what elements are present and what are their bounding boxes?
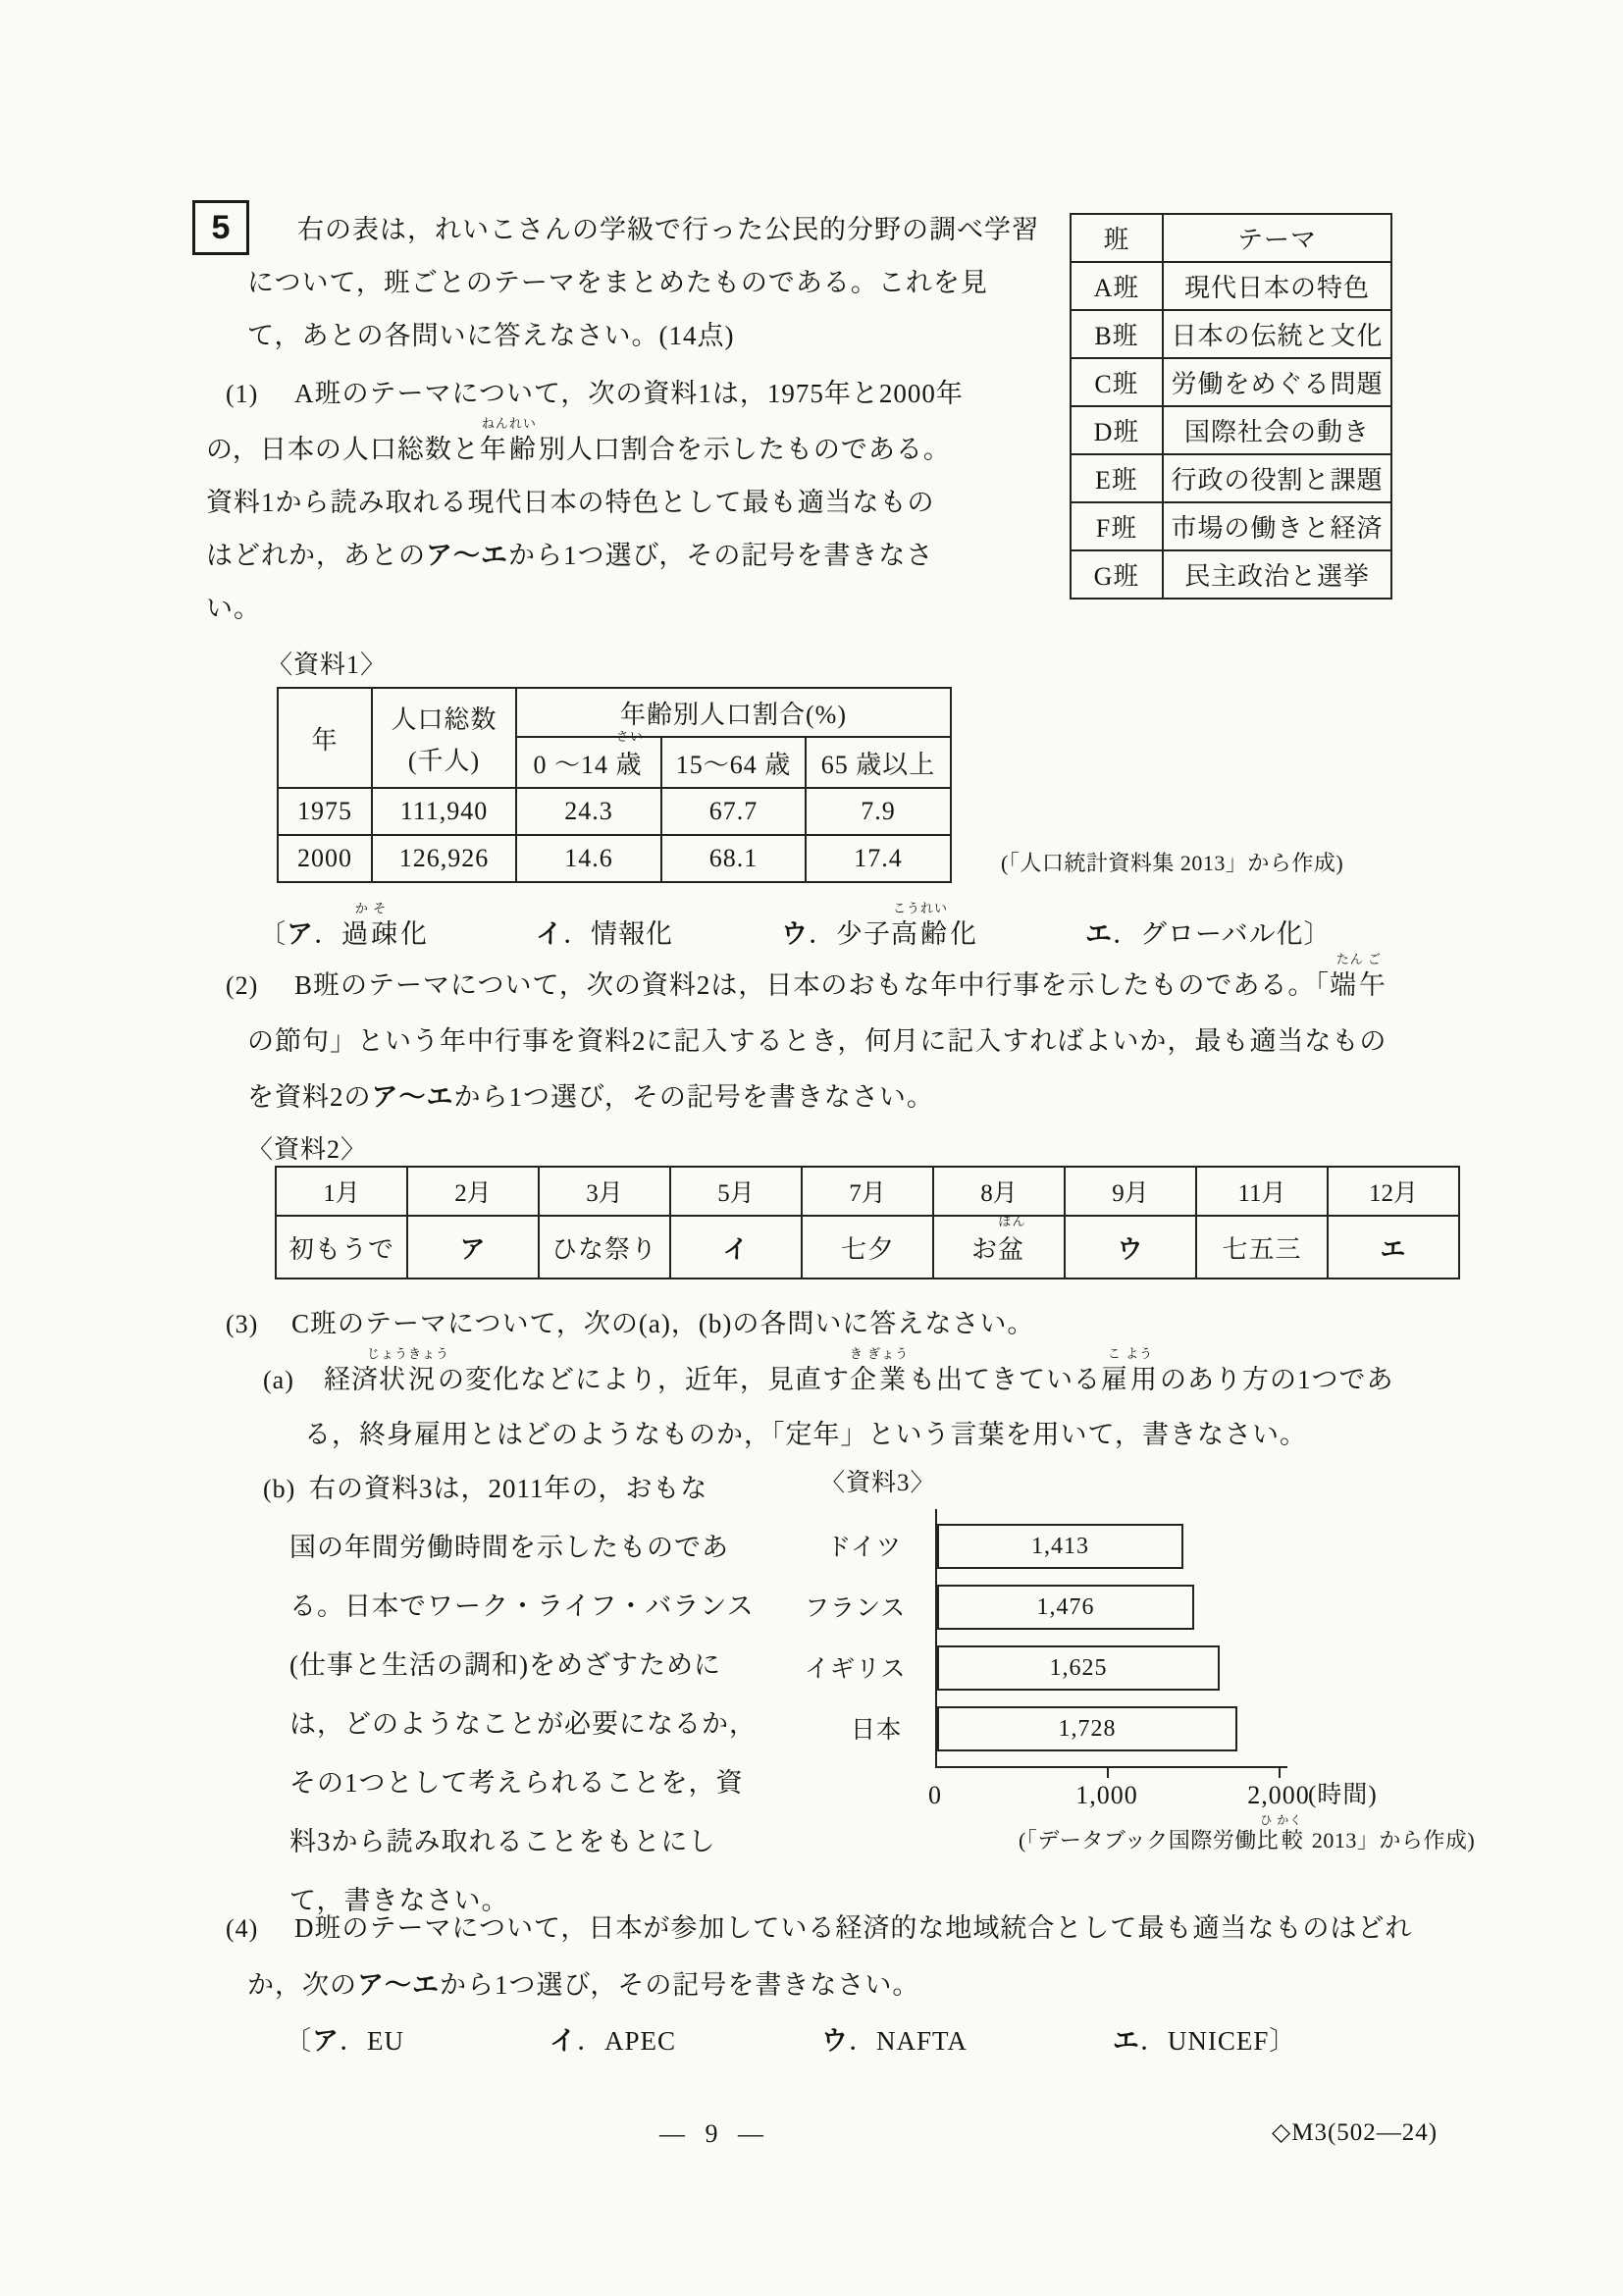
s1-col-total: 人口総数(千人) — [372, 688, 516, 788]
q1-line: い。 — [206, 591, 261, 626]
s2-event-cell: ひな祭り — [539, 1216, 670, 1278]
table-row: 1975111,94024.367.77.9 — [278, 788, 951, 835]
chart-tick-label: 2,000 — [1247, 1781, 1310, 1810]
table-cell: 24.3 — [516, 788, 661, 835]
ruby-text: 歳さい — [616, 745, 645, 781]
ruby-text: 比較ひ かく — [1257, 1827, 1306, 1854]
table-row: G班民主政治と選挙 — [1071, 550, 1391, 599]
ruby-text: 盆ぼん — [998, 1229, 1026, 1266]
chart-tick-label: 0 — [928, 1781, 942, 1810]
ruby-text: 年齢ねんれい — [480, 432, 539, 467]
page-number: — 9 — — [648, 2119, 775, 2149]
table-cell: 14.6 — [516, 835, 661, 882]
table-cell: C班 — [1071, 358, 1163, 406]
q3-marker: (3) — [226, 1307, 258, 1342]
intro-line: について，班ごとのテーマをまとめたものである。これを見 — [247, 265, 988, 300]
s2-month-cell: 9月 — [1065, 1167, 1196, 1216]
q3a-line: 経済状況じょうきょうの変化などにより，近年，見直す企業き ぎょうも出てきている雇… — [324, 1362, 1394, 1397]
table-cell: 日本の伝統と文化 — [1163, 310, 1391, 358]
shiryou2-table: 1月2月3月5月7月8月9月11月12月初もうでアひな祭りイ七夕お盆ぼんウ七五三… — [275, 1166, 1460, 1279]
s1-sub-col: 0 〜14 歳さい — [516, 737, 661, 788]
s2-month-cell: 3月 — [539, 1167, 670, 1216]
table-cell: 7.9 — [806, 788, 951, 835]
s2-event-cell: イ — [670, 1216, 802, 1278]
q1-line: はどれか，あとのア〜エから1つ選び，その記号を書きなさ — [206, 538, 933, 573]
s2-month-cell: 12月 — [1328, 1167, 1459, 1216]
table-cell: G班 — [1071, 550, 1163, 599]
q1-line: の，日本の人口総数と年齢ねんれい別人口割合を示したものである。 — [206, 432, 951, 467]
table-cell: 126,926 — [372, 835, 516, 882]
ruby-text: 過疎か そ — [341, 916, 400, 952]
intro-line: て，あとの各問いに答えなさい。(14点) — [247, 318, 734, 353]
option-item: イ．APEC — [550, 2023, 676, 2059]
shiryou1-table: 年人口総数(千人)年齢別人口割合(%)0 〜14 歳さい15〜64 歳65 歳以… — [277, 687, 952, 883]
q3b-line: その1つとして考えられることを，資 — [289, 1765, 744, 1800]
table-cell: 行政の役割と課題 — [1163, 454, 1391, 502]
chart-axis-y — [935, 1509, 937, 1768]
ruby-text: 端午たん ご — [1330, 967, 1388, 1003]
chart-category-label: 日本 — [805, 1708, 902, 1753]
ruby-text: 状況じょうきょう — [379, 1362, 438, 1397]
chart-bar: 1,728 — [937, 1706, 1237, 1751]
s2-event-cell: ア — [407, 1216, 539, 1278]
chart-tick — [1107, 1766, 1109, 1778]
s1-col-age-group: 年齢別人口割合(%) — [516, 688, 951, 737]
chart-category-label: フランス — [805, 1587, 902, 1632]
exam-page: 5 右の表は，れいこさんの学級で行った公民的分野の調べ学習 について，班ごとのテ… — [0, 0, 1623, 2296]
q3b-line: 右の資料3は，2011年の，おもな — [309, 1471, 707, 1506]
chart-bar: 1,413 — [937, 1524, 1183, 1569]
table-row: E班行政の役割と課題 — [1071, 454, 1391, 502]
table-cell: 2000 — [278, 835, 372, 882]
q3b-line: (仕事と生活の調和)をめざすために — [289, 1647, 721, 1683]
option-item: ウ．NAFTA — [821, 2023, 968, 2059]
option-item: エ．UNICEF〕 — [1113, 2023, 1297, 2059]
chart-tick-label: 1,000 — [1075, 1781, 1138, 1810]
table-cell: 111,940 — [372, 788, 516, 835]
table-cell: 68.1 — [661, 835, 806, 882]
q4-marker: (4) — [226, 1911, 258, 1947]
table-row: B班日本の伝統と文化 — [1071, 310, 1391, 358]
q1-line: 資料1から読み取れる現代日本の特色として最も適当なもの — [206, 485, 935, 520]
option-item: 〔ア．過疎か そ化 — [259, 916, 428, 952]
chart-bar: 1,476 — [937, 1585, 1194, 1630]
q3a-marker: (a) — [263, 1363, 294, 1398]
q1-options: 〔ア．過疎か そ化イ．情報化ウ．少子高齢こうれい化エ．グローバル化〕 — [259, 916, 1332, 952]
q3b-marker: (b) — [263, 1472, 295, 1507]
table-row: 初もうでアひな祭りイ七夕お盆ぼんウ七五三エ — [276, 1216, 1459, 1278]
table-header-row: 1月2月3月5月7月8月9月11月12月 — [276, 1167, 1459, 1216]
q1-marker: (1) — [226, 377, 258, 412]
table-row: 2000126,92614.668.117.4 — [278, 835, 951, 882]
q4-options: 〔ア．EUイ．APECウ．NAFTAエ．UNICEF〕 — [285, 2023, 1296, 2059]
s2-event-cell: エ — [1328, 1216, 1459, 1278]
table-cell: 17.4 — [806, 835, 951, 882]
q3-head: C班のテーマについて，次の(a)，(b)の各問いに答えなさい。 — [291, 1306, 1034, 1341]
table-cell: A班 — [1071, 262, 1163, 310]
table-cell: F班 — [1071, 502, 1163, 550]
s2-month-cell: 5月 — [670, 1167, 802, 1216]
option-item: ウ．少子高齢こうれい化 — [781, 916, 977, 952]
groups-table-header: テーマ — [1163, 214, 1391, 262]
q4-line: か，次のア〜エから1つ選び，その記号を書きなさい。 — [247, 1967, 919, 2003]
q2-line: の節句」という年中行事を資料2に記入するとき，何月に記入すればよいか，最も適当な… — [247, 1023, 1387, 1059]
table-cell: D班 — [1071, 406, 1163, 454]
chart-axis-x — [935, 1766, 1287, 1768]
table-cell: 現代日本の特色 — [1163, 262, 1391, 310]
chart-x-axis-unit: (時間) — [1308, 1781, 1378, 1810]
chart-category-label: イギリス — [805, 1647, 902, 1693]
table-cell: 民主政治と選挙 — [1163, 550, 1391, 599]
groups-table-header: 班 — [1071, 214, 1163, 262]
table-cell: 67.7 — [661, 788, 806, 835]
q3a-line: る，終身雇用とはどのようなものか，「定年」という言葉を用いて，書きなさい。 — [304, 1417, 1307, 1452]
shiryou3-source: (「データブック国際労働比較ひ かく 2013」から作成) — [1019, 1827, 1475, 1854]
table-cell: B班 — [1071, 310, 1163, 358]
option-item: エ．グローバル化〕 — [1085, 916, 1332, 952]
table-header-row: 班テーマ — [1071, 214, 1391, 262]
table-row: C班労働をめぐる問題 — [1071, 358, 1391, 406]
ruby-text: 雇用こ よう — [1101, 1362, 1160, 1397]
working-hours-bar-chart: ドイツ1,413フランス1,476イギリス1,625日本1,72801,0002… — [805, 1462, 1433, 1874]
s2-month-cell: 7月 — [802, 1167, 933, 1216]
q2-line: を資料2のア〜エから1つ選び，その記号を書きなさい。 — [247, 1079, 934, 1115]
intro-line: 右の表は，れいこさんの学級で行った公民的分野の調べ学習 — [297, 212, 1039, 247]
s2-event-cell: 七五三 — [1196, 1216, 1328, 1278]
s2-month-cell: 2月 — [407, 1167, 539, 1216]
s2-month-cell: 8月 — [933, 1167, 1065, 1216]
s2-event-cell: 初もうで — [276, 1216, 407, 1278]
table-cell: 市場の働きと経済 — [1163, 502, 1391, 550]
s1-sub-col: 65 歳以上 — [806, 737, 951, 788]
table-row: F班市場の働きと経済 — [1071, 502, 1391, 550]
shiryou2-label: 〈資料2〉 — [247, 1132, 367, 1168]
s2-event-cell: ウ — [1065, 1216, 1196, 1278]
option-item: 〔ア．EU — [285, 2023, 404, 2059]
shiryou1-label: 〈資料1〉 — [267, 648, 387, 683]
table-cell: E班 — [1071, 454, 1163, 502]
q4-line: D班のテーマについて，日本が参加している経済的な地域統合として最も適当なものはど… — [294, 1910, 1412, 1946]
ruby-text: 企業き ぎょう — [850, 1362, 909, 1397]
s2-month-cell: 1月 — [276, 1167, 407, 1216]
q2-line: B班のテーマについて，次の資料2は，日本のおもな年中行事を示したものである。「端… — [294, 967, 1388, 1003]
q1-line: A班のテーマについて，次の資料1は，1975年と2000年 — [294, 376, 964, 411]
chart-bar: 1,625 — [937, 1645, 1220, 1691]
q3b-line: は，どのようなことが必要になるか， — [289, 1706, 757, 1742]
table-row: D班国際社会の動き — [1071, 406, 1391, 454]
s2-month-cell: 11月 — [1196, 1167, 1328, 1216]
q3b-line: 料3から読み取れることをもとにし — [289, 1824, 716, 1859]
s2-event-cell: お盆ぼん — [933, 1216, 1065, 1278]
option-item: イ．情報化 — [536, 916, 673, 952]
chart-tick — [1279, 1766, 1281, 1778]
s2-event-cell: 七夕 — [802, 1216, 933, 1278]
table-row: A班現代日本の特色 — [1071, 262, 1391, 310]
document-code: ◇M3(502—24) — [1272, 2117, 1438, 2147]
ruby-text: 高齢こうれい — [891, 916, 950, 952]
q3b-line: る。日本でワーク・ライフ・バランス — [289, 1589, 755, 1624]
s1-col-year: 年 — [278, 688, 372, 788]
table-cell: 労働をめぐる問題 — [1163, 358, 1391, 406]
table-cell: 国際社会の動き — [1163, 406, 1391, 454]
table-cell: 1975 — [278, 788, 372, 835]
q2-marker: (2) — [226, 968, 258, 1004]
shiryou1-source: (「人口統計資料集 2013」から作成) — [1001, 850, 1343, 877]
question-number-box: 5 — [192, 200, 249, 255]
chart-category-label: ドイツ — [805, 1526, 902, 1571]
s1-sub-col: 15〜64 歳 — [661, 737, 806, 788]
groups-theme-table: 班テーマA班現代日本の特色B班日本の伝統と文化C班労働をめぐる問題D班国際社会の… — [1070, 213, 1392, 600]
q3b-line: 国の年間労働時間を示したものであ — [289, 1530, 729, 1565]
